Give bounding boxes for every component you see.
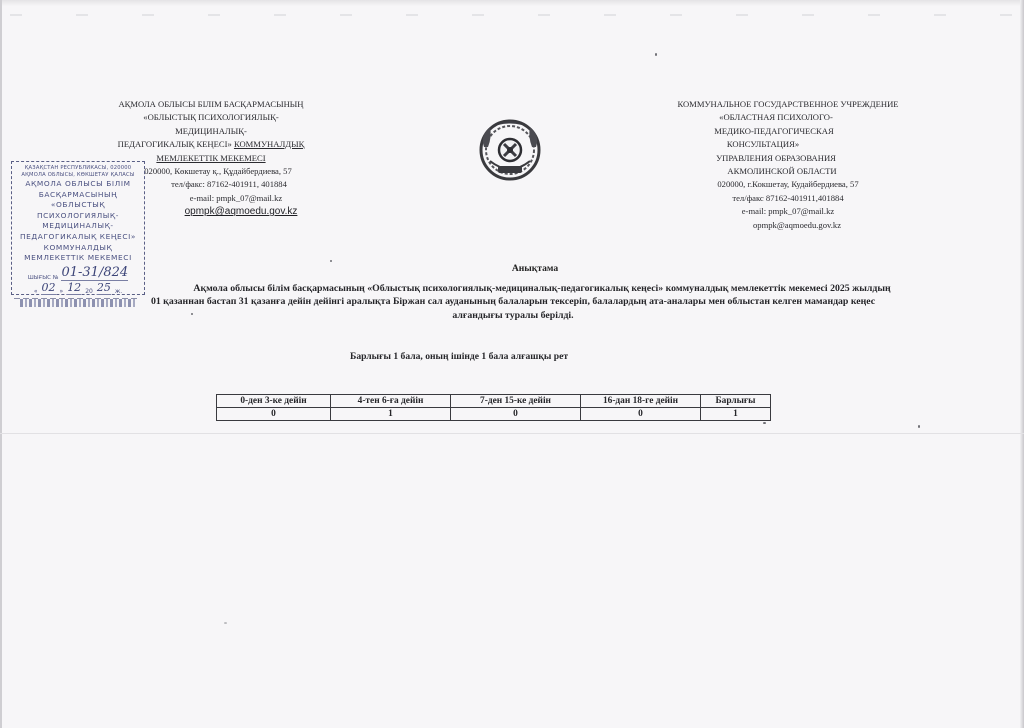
col-header-16-18: 16-дан 18-ге дейін — [581, 395, 701, 408]
state-emblem-icon — [476, 117, 544, 183]
col-header-total: Барлығы — [701, 395, 771, 408]
stamp-date-month: 12 — [67, 282, 81, 295]
document-title: Анықтама — [0, 263, 1024, 274]
header-right-phone: тел/факс 87162-401911,401884 — [668, 192, 908, 205]
stamp-line: ПЕДАГОГИКАЛЫҚ КЕҢЕСІ» — [12, 232, 144, 243]
document-body: Ақмола облысы білім басқармасының «Облыс… — [110, 282, 916, 322]
cell-total: 1 — [701, 408, 771, 421]
body-line: Ақмола облысы білім басқармасының «Облыс… — [110, 282, 916, 295]
scan-speck — [224, 622, 227, 624]
stamp-date-year-prefix: 20 — [85, 288, 93, 295]
stamp-line: МЕДИЦИНАЛЫҚ- — [12, 221, 144, 232]
table-row: 0 1 0 0 1 — [217, 408, 771, 421]
scan-edge-left — [0, 0, 2, 728]
stamp-line: ПСИХОЛОГИЯЛЫҚ- — [12, 211, 144, 222]
header-right-line: МЕДИКО-ПЕДАГОГИЧЕСКАЯ — [668, 125, 908, 138]
stamp-line: АҚМОЛА ОБЛЫСЫ, КӨКШЕТАУ ҚАЛАСЫ — [12, 172, 144, 179]
scan-speck — [918, 425, 920, 428]
header-right-line: АКМОЛИНСКОЙ ОБЛАСТИ — [668, 165, 908, 178]
col-header-0-3: 0-ден 3-ке дейін — [217, 395, 331, 408]
registration-stamp: ҚАЗАҚСТАН РЕСПУБЛИКАСЫ, 020000 АҚМОЛА ОБ… — [11, 161, 145, 295]
header-left-line: «ОБЛЫСТЫҚ ПСИХОЛОГИЯЛЫҚ- — [96, 111, 326, 124]
fold-line — [0, 433, 1024, 434]
cell-7-15: 0 — [451, 408, 581, 421]
scanned-page: АҚМОЛА ОБЛЫСЫ БІЛІМ БАСҚАРМАСЫНЫҢ «ОБЛЫС… — [0, 0, 1024, 728]
header-right-line: КОММУНАЛЬНОЕ ГОСУДАРСТВЕННОЕ УЧРЕЖДЕНИЕ — [668, 98, 908, 111]
stamp-date-day: 02 — [42, 282, 56, 295]
header-left-email-link[interactable]: opmpk@aqmoedu.gov.kz — [185, 206, 298, 217]
scan-speck — [330, 260, 332, 262]
header-right-line: УПРАВЛЕНИЯ ОБРАЗОВАНИЯ — [668, 152, 908, 165]
stamp-line: АҚМОЛА ОБЛЫСЫ БІЛІМ — [12, 179, 144, 190]
stamp-line: ҚАЗАҚСТАН РЕСПУБЛИКАСЫ, 020000 — [12, 165, 144, 172]
header-left-line-part: КОММУНАЛДЫҚ — [234, 139, 304, 149]
document-title-text: Анықтама — [512, 263, 558, 274]
cell-4-6: 1 — [331, 408, 451, 421]
cell-16-18: 0 — [581, 408, 701, 421]
cell-0-3: 0 — [217, 408, 331, 421]
stamp-line: БАСҚАРМАСЫНЫҢ «ОБЛЫСТЫҚ — [12, 190, 144, 211]
stamp-date-year: 25 — [97, 282, 111, 295]
summary-text: Барлығы 1 бала, оның ішінде 1 бала алғаш… — [350, 351, 568, 362]
body-line: алғандығы туралы берілді. — [110, 309, 916, 322]
header-right-russian: КОММУНАЛЬНОЕ ГОСУДАРСТВЕННОЕ УЧРЕЖДЕНИЕ … — [668, 98, 908, 232]
header-left-line: ПЕДАГОГИКАЛЫҚ КЕҢЕСІ» КОММУНАЛДЫҚ — [96, 138, 326, 151]
body-line: 01 қазаннан бастап 31 қазанға дейін дейі… — [110, 295, 916, 308]
scan-edge-top — [0, 0, 1024, 6]
scan-speck — [655, 53, 657, 56]
header-left-line: МЕДИЦИНАЛЫҚ- — [96, 125, 326, 138]
scan-speck — [191, 313, 193, 315]
header-right-email: e-mail: pmpk_07@mail.kz — [668, 205, 908, 218]
header-right-email-2: opmpk@aqmoedu.gov.kz — [668, 219, 908, 232]
header-right-line: КОНСУЛЬТАЦИЯ» — [668, 138, 908, 151]
age-group-table: 0-ден 3-ке дейін 4-тен 6-ға дейін 7-ден … — [216, 394, 771, 421]
stamp-line: КОММУНАЛДЫҚ — [12, 243, 144, 254]
header-left-line: АҚМОЛА ОБЛЫСЫ БІЛІМ БАСҚАРМАСЫНЫҢ — [96, 98, 326, 111]
header-left-line-part: ПЕДАГОГИКАЛЫҚ КЕҢЕСІ» — [118, 139, 232, 149]
header-right-address: 020000, г.Кокшетау, Кудайбердиева, 57 — [668, 178, 908, 191]
col-header-7-15: 7-ден 15-ке дейін — [451, 395, 581, 408]
col-header-4-6: 4-тен 6-ға дейін — [331, 395, 451, 408]
scan-speck — [763, 422, 766, 424]
header-right-line: «ОБЛАСТНАЯ ПСИХОЛОГО- — [668, 111, 908, 124]
table-header-row: 0-ден 3-ке дейін 4-тен 6-ға дейін 7-ден … — [217, 395, 771, 408]
scan-artifact — [0, 14, 1024, 16]
stamp-outgoing-label: ШЫҒЫС № — [28, 275, 59, 281]
scan-edge-right — [1020, 0, 1024, 728]
